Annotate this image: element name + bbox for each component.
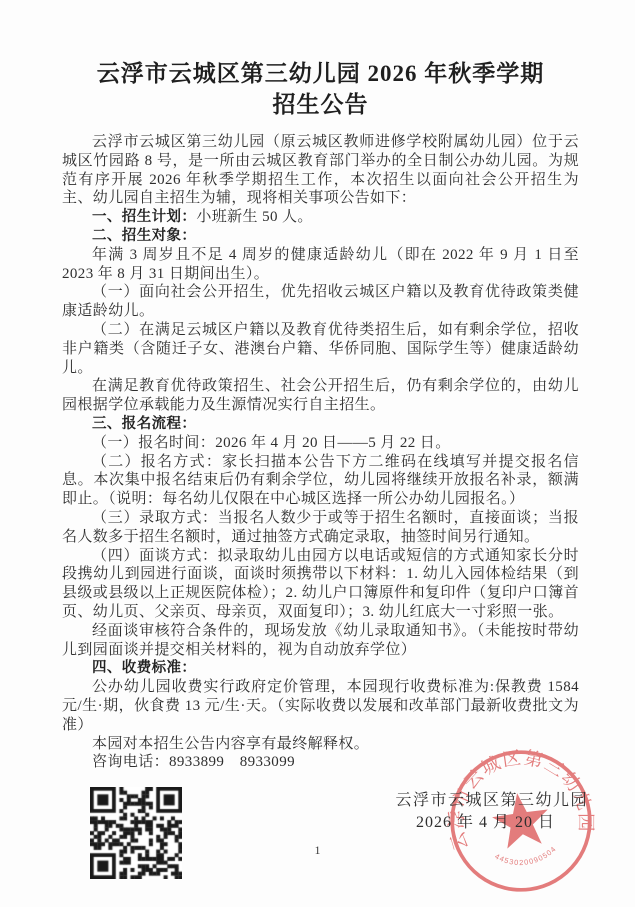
paragraph-bold-label: 一、招生计划： — [92, 209, 196, 225]
page-number: 1 — [0, 843, 635, 858]
paragraph: 在满足教育优待政策招生、社会公开招生后，仍有剩余学位的，由幼儿园根据学位承载能力… — [62, 377, 579, 415]
paragraph-text: 小班新生 50 人。 — [196, 209, 313, 225]
paragraph: （四）面谈方式：拟录取幼儿由园方以电话或短信的方式通知家长分时段携幼儿到园进行面… — [62, 547, 579, 622]
paragraph: （三）录取方式：当报名人数少于或等于招生名额时，直接面谈；当报名人数多于招生名额… — [62, 509, 579, 547]
paragraph-text: （三）录取方式：当报名人数少于或等于招生名额时，直接面谈；当报名人数多于招生名额… — [62, 510, 579, 545]
paragraph-text: （一）报名时间：2026 年 4 月 20 日——5 月 22 日。 — [92, 435, 451, 451]
paragraph: 云浮市云城区第三幼儿园（原云城区教师进修学校附属幼儿园）位于云城区竹园路 8 号… — [62, 133, 579, 208]
paragraph-text: 咨询电话：8933899 8933099 — [92, 754, 295, 770]
registration-qr-code — [90, 787, 182, 879]
section-heading: 三、报名流程： — [62, 415, 579, 434]
signature-organization: 云浮市云城区第三幼儿园 — [395, 787, 588, 810]
section-heading: 二、招生对象： — [62, 227, 579, 246]
paragraph: （一）报名时间：2026 年 4 月 20 日——5 月 22 日。 — [62, 434, 579, 453]
paragraph: 一、招生计划：小班新生 50 人。 — [62, 208, 579, 227]
document-content: 云浮市云城区第三幼儿园 2026 年秋季学期 招生公告 云浮市云城区第三幼儿园（… — [62, 58, 579, 772]
paragraph-text: 本园对本招生公告内容享有最终解释权。 — [92, 736, 369, 752]
paragraph: 公办幼儿园收费实行政府定价管理，本园现行收费标准为:保教费 1584 元/生·期… — [62, 678, 579, 734]
paragraph: 本园对本招生公告内容享有最终解释权。 — [62, 735, 579, 754]
paragraph-bold-label: 三、报名流程： — [92, 416, 196, 432]
document-title: 云浮市云城区第三幼儿园 2026 年秋季学期 招生公告 — [62, 58, 579, 120]
paragraph: （一）面向社会公开招生，优先招收云城区户籍以及教育优待政策类健康适龄幼儿。 — [62, 283, 579, 321]
paragraph: （二）在满足云城区户籍以及教育优待类招生后，如有剩余学位，招收非户籍类（含随迁子… — [62, 321, 579, 377]
document-title-line1: 云浮市云城区第三幼儿园 2026 年秋季学期 — [97, 61, 545, 86]
paragraph: （二）报名方式：家长扫描本公告下方二维码在线填写并提交报名信息。本次集中报名结束… — [62, 453, 579, 509]
paragraph-text: 公办幼儿园收费实行政府定价管理，本园现行收费标准为:保教费 1584 元/生·期… — [62, 679, 579, 733]
paragraph-text: 云浮市云城区第三幼儿园（原云城区教师进修学校附属幼儿园）位于云城区竹园路 8 号… — [62, 134, 579, 206]
paragraph-text: 年满 3 周岁且不足 4 周岁的健康适龄幼儿（即在 2022 年 9 月 1 日… — [62, 247, 579, 282]
paragraph-text: （二）报名方式：家长扫描本公告下方二维码在线填写并提交报名信息。本次集中报名结束… — [62, 454, 579, 508]
signature-date: 2026 年 4 月 20 日 — [416, 809, 555, 832]
document-body: 云浮市云城区第三幼儿园（原云城区教师进修学校附属幼儿园）位于云城区竹园路 8 号… — [62, 133, 579, 772]
section-heading: 四、收费标准： — [62, 659, 579, 678]
paragraph: 经面谈审核符合条件的，现场发放《幼儿录取通知书》。（未能按时带幼儿到园面谈并提交… — [62, 622, 579, 660]
paragraph-text: （四）面谈方式：拟录取幼儿由园方以电话或短信的方式通知家长分时段携幼儿到园进行面… — [62, 548, 579, 620]
paragraph-text: （二）在满足云城区户籍以及教育优待类招生后，如有剩余学位，招收非户籍类（含随迁子… — [62, 322, 579, 376]
paragraph-text: 经面谈审核符合条件的，现场发放《幼儿录取通知书》。（未能按时带幼儿到园面谈并提交… — [62, 623, 579, 658]
document-title-line2: 招生公告 — [273, 92, 369, 117]
paragraph-bold-label: 二、招生对象： — [92, 228, 196, 244]
paragraph-bold-label: 四、收费标准： — [92, 660, 196, 676]
paragraph-text: （一）面向社会公开招生，优先招收云城区户籍以及教育优待政策类健康适龄幼儿。 — [62, 284, 579, 319]
paragraph: 咨询电话：8933899 8933099 — [62, 753, 579, 772]
paragraph: 年满 3 周岁且不足 4 周岁的健康适龄幼儿（即在 2022 年 9 月 1 日… — [62, 246, 579, 284]
paragraph-text: 在满足教育优待政策招生、社会公开招生后，仍有剩余学位的，由幼儿园根据学位承载能力… — [62, 378, 579, 413]
announcement-page: 云浮市云城区第三幼儿园 2026 年秋季学期 招生公告 云浮市云城区第三幼儿园（… — [0, 0, 635, 907]
